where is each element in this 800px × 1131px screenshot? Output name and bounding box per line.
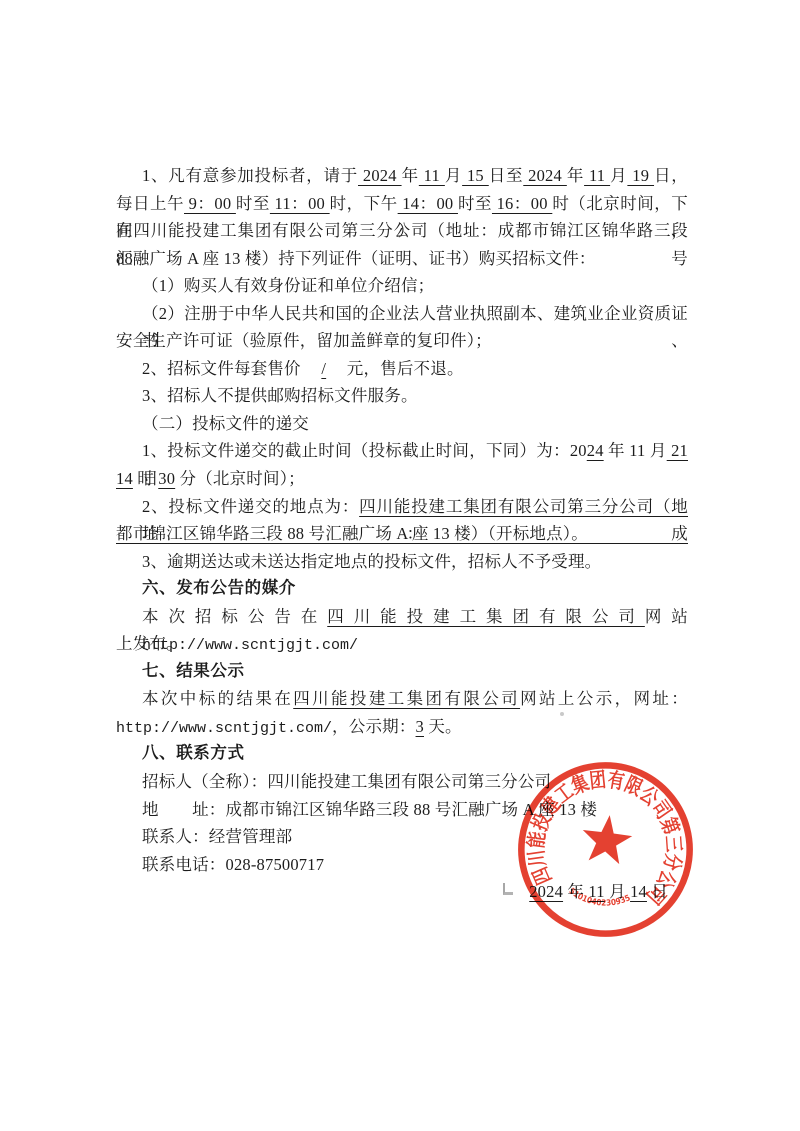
underlined-text: 21 (667, 441, 688, 460)
text-segment: 时 (133, 469, 158, 488)
text-segment: 2、投标文件递交的地点为： (142, 497, 359, 516)
subsection-heading-submission: （二）投标文件的递交 (116, 410, 688, 438)
underlined-text: 11 (419, 166, 445, 185)
para-results-line-2: http://www.scntjgjt.com/，公示期：3 天。 (116, 713, 688, 741)
underlined-text: 24 (587, 441, 604, 460)
item-2-licenses-line-1: （2）注册于中华人民共和国的企业法人营业执照副本、建筑业企业资质证书、 (116, 300, 688, 328)
text-segment: 月 (445, 166, 462, 185)
text-segment: 日， (654, 166, 688, 185)
text-segment: 每日上午 (116, 194, 184, 213)
underlined-text: 2024 (523, 166, 567, 185)
text-segment: 1、投标文件递交的截止时间（投标截止时间，下同）为： (142, 441, 570, 460)
text-segment: 年 (567, 166, 584, 185)
text-segment: （开标地点）。 (488, 524, 588, 543)
underlined-text: 11：00 (270, 194, 330, 213)
item-1-id-card: （1）购买人有效身份证和单位介绍信； (116, 272, 688, 300)
text-segment: 汇融广场 A 座 13 楼）持下列证件（证明、证书）购买招标文件： (116, 249, 596, 268)
text-segment: 上发布。 (116, 634, 183, 653)
seal-svg: 四川能投建工集团有限公司第三分公司 5101040230935 (512, 756, 699, 943)
para-buy-docs-line-3: 在四川能投建工集团有限公司第三分公司（地址：成都市锦江区锦华路三段 88 号 (116, 217, 688, 245)
scanned-tender-notice-page: { "page": { "width": 800, "height": 1131… (0, 0, 800, 1131)
seal-star-icon (579, 812, 634, 865)
para-buy-docs-line-1: 1、凡有意参加投标者，请于 2024 年 11 月 15 日至 2024 年 1… (116, 162, 688, 190)
para-media-line-1: 本次招标公告在四川能投建工集团有限公司网站 http://www.scntjgj… (116, 603, 688, 631)
text-segment: 天。 (424, 717, 462, 736)
text-segment: （1）购买人有效身份证和单位介绍信； (142, 276, 434, 295)
text-segment: 年 11 月 (604, 441, 667, 460)
para-no-mail-order: 3、招标人不提供邮购招标文件服务。 (116, 382, 688, 410)
text-segment: 3、招标人不提供邮购招标文件服务。 (142, 386, 418, 405)
text-segment: 网站 (645, 607, 688, 626)
text-segment: 联系电话：028-87500717 (142, 855, 324, 874)
company-seal-stamp: 四川能投建工集团有限公司第三分公司 5101040230935 (512, 756, 699, 943)
underlined-text: 14 (116, 469, 133, 488)
text-segment: （二）投标文件的递交 (142, 414, 309, 433)
text-segment: 分（北京时间）； (175, 469, 305, 488)
text-segment: 网站上公示，网址： (520, 689, 688, 708)
para-submit-place-line-1: 2、投标文件递交的地点为：四川能投建工集团有限公司第三分公司（地址：成 (116, 493, 688, 521)
section-heading-results: 七、结果公示 (116, 658, 688, 686)
text-segment: 本次中标的结果在 (142, 689, 293, 708)
text-segment: 八、联系方式 (142, 744, 245, 762)
text-segment: 日至 (489, 166, 524, 185)
para-deadline-line-1: 1、投标文件递交的截止时间（投标截止时间，下同）为：2024 年 11 月 21… (116, 437, 688, 465)
text-segment: 安全生产许可证（验原件，留加盖鲜章的复印件）； (116, 331, 492, 350)
text-segment: 六、发布公告的媒介 (142, 579, 296, 597)
text-segment: ，公示期： (332, 717, 416, 736)
text-segment: 月 (610, 166, 627, 185)
text-segment: 年 (402, 166, 419, 185)
text-segment: 时，下午 (330, 194, 398, 213)
text-segment: 联系人：经营管理部 (142, 827, 292, 846)
underlined-text: / (301, 355, 347, 383)
text-segment: 20 (570, 441, 587, 460)
text-segment: 1、凡有意参加投标者，请于 (142, 166, 358, 185)
text-segment: 时至 (458, 194, 492, 213)
text-segment: 招标人（全称）：四川能投建工集团有限公司第三分公司 (142, 772, 551, 791)
underlined-text: 19 (627, 166, 654, 185)
underlined-text: 9：00 (184, 194, 236, 213)
underlined-text: 都市锦江区锦华路三段 88 号汇融广场 A 座 13 楼） (116, 524, 488, 543)
text-segment: 3、逾期送达或未送达指定地点的投标文件，招标人不予受理。 (142, 552, 601, 571)
underlined-text: 30 (158, 469, 175, 488)
underlined-text: 14：00 (398, 194, 458, 213)
para-buy-docs-line-2: 每日上午 9：00 时至 11：00 时，下午 14：00 时至 16：00 时… (116, 190, 688, 218)
text-segment: 元，售后不退。 (347, 359, 464, 378)
para-deadline-line-2: 14 时 30 分（北京时间）； (116, 465, 688, 493)
para-late-bids: 3、逾期送达或未送达指定地点的投标文件，招标人不予受理。 (116, 548, 688, 576)
underlined-text: 四川能投建工集团有限公司 (293, 689, 520, 708)
section-heading-media: 六、发布公告的媒介 (116, 575, 688, 603)
underlined-text: 11 (584, 166, 610, 185)
text-segment: 本次招标公告在 (142, 607, 327, 626)
underlined-text: 2024 (358, 166, 402, 185)
text-segment: 2、招标文件每套售价 (142, 359, 301, 378)
underlined-text: 3 (416, 717, 424, 736)
text-segment: 时至 (236, 194, 270, 213)
underlined-text: 16：00 (492, 194, 552, 213)
underlined-text: 15 (462, 166, 489, 185)
text-segment: 七、结果公示 (142, 662, 245, 680)
text-segment: http://www.scntjgjt.com/ (116, 720, 332, 737)
underlined-text: 四川能投建工集团有限公司 (327, 607, 645, 626)
para-doc-price: 2、招标文件每套售价 / 元，售后不退。 (116, 355, 688, 383)
para-results-line-1: 本次中标的结果在四川能投建工集团有限公司网站上公示，网址： (116, 685, 688, 713)
seal-serial-number: 5101040230935 (566, 885, 633, 911)
